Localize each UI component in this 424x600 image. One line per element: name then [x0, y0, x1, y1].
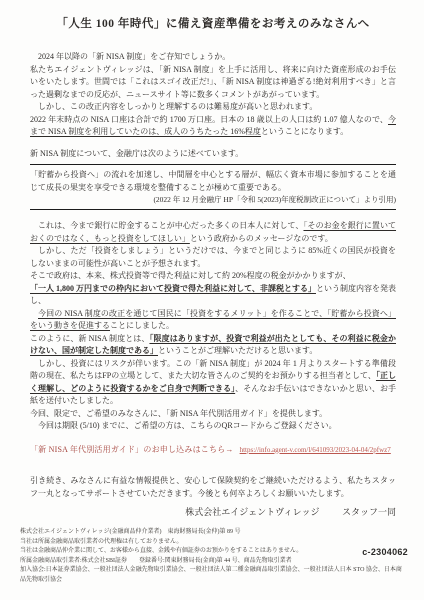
footer-line-broker: 所属金融商品取引業者:株式会社SBI証券 登録番号:関東財務局長(金商)第 44… — [20, 557, 406, 567]
text-segment: 2022 年末時点の NISA 口座は合計で約 1700 万口座。日本の 18 … — [30, 115, 388, 124]
cta-label: 「新 NISA 年代別活用ガイド」のお申し込みはこちら→ — [30, 445, 234, 454]
page-title: 「人生 100 年時代」に備え資産準備をお考えのみなさんへ — [30, 16, 396, 32]
text-segment: という政府からのメッセージなのです。 — [190, 234, 333, 243]
quote-body: 「貯蓄から投資へ」の流れを加速し、中間層を中心とする層が、幅広く資本市場に参加す… — [30, 169, 396, 194]
text-segment: これは、今まで銀行に貯金することが中心だった多くの日本人に対して、 — [38, 221, 303, 230]
paragraph-tax-intro: そこで政府は、本来、株式投資等で得た利益に対して約 20%程度の税金がかかります… — [30, 270, 396, 283]
paragraph-guide-offer: 今回、限定で、ご希望のみなさんに、「新 NISA 年代別活用ガイド」を提供します… — [30, 408, 396, 421]
footer-line-no-agency: 当社は所属金融商品取引業者の代理権は有しておりません。 — [20, 538, 406, 548]
footer-line-registration: 株式会社エイジェントヴィレッジ(金融商品仲介業者) 東海財務局長(金仲)第 89… — [20, 528, 406, 538]
signature-line: 株式会社エイジェントヴィレッジスタッフ一同 — [30, 506, 396, 519]
paragraph-nisa-stats: 2022 年末時点の NISA 口座は合計で約 1700 万口座。日本の 18 … — [30, 114, 396, 139]
paragraph-nisa-question: 2024 年以降の「新 NISA 制度」をご存知でしょうか。 — [30, 51, 396, 64]
text-segment: ということになります。 — [261, 127, 348, 136]
text-segment: ことにしました。 — [110, 321, 174, 330]
paragraph-deadline: 今回は期限 (5/10) までに、ご希望の方は、こちらのQRコードからご登録くだ… — [30, 420, 396, 433]
paragraph-risk: しかし、投資にはリスクが伴います。この「新 NISA 制度」が 2024 年 1… — [30, 358, 396, 408]
paragraph-gov-message: これは、今まで銀行に貯金することが中心だった多くの日本人に対して、「そのお金を銀… — [30, 220, 396, 245]
underlined-text: 今回の NISA 制度の改正を通じて国民に「投資をするメリット」を作ることで、「… — [30, 309, 396, 331]
quote-citation: (2022 年 12 月金融庁 HP「令和 5(2023)年度税制改正について」… — [30, 194, 396, 206]
paragraph-fsa-lead: 新 NISA 制度について、金融庁は次のように述べています。 — [30, 148, 396, 161]
cta-line: 「新 NISA 年代別活用ガイド」のお申し込みはこちら→https://info… — [30, 444, 396, 457]
footer-disclaimer: 株式会社エイジェントヴィレッジ(金融商品仲介業者) 東海財務局長(金仲)第 89… — [20, 528, 406, 585]
signature-staff: スタッフ一同 — [342, 507, 396, 517]
document-code: c-2304062 — [362, 546, 408, 559]
paragraph-summary: このように、新 NISA 制度とは、「限度はありますが、投資で利益が出たとしても… — [30, 333, 396, 358]
paragraph-closing: 引き続き、みなさんに有益な情報提供と、安心して保険契約をご継続いただけるよう、私… — [30, 475, 396, 500]
cta-link[interactable]: https://info.agent-v.com/l/641093/2023-0… — [240, 446, 391, 454]
paragraph-merit: 今回の NISA 制度の改正を通じて国民に「投資をするメリット」を作ることで、「… — [30, 308, 396, 333]
footer-line-associations: 加入協会:日本証券業協会、一般社団法人金融先物取引業協会、一般社団法人第二種金融… — [20, 566, 406, 585]
text-segment: このように、新 NISA 制度とは、 — [30, 334, 149, 343]
paragraph-tax-exempt: 「一人 1,800 万円までの枠内において投資で得た利益に対して、非課税とする」… — [30, 283, 396, 308]
underlined-text: 「一人 1,800 万円までの枠内において投資で得た利益に対して、非課税とする」 — [30, 284, 316, 293]
paragraph-company-intro: 私たちエイジェントヴィレッジは、「新 NISA 制度」を上手に活用し、将来に向け… — [30, 64, 396, 102]
text-segment: しかし、投資にはリスクが伴います。この「新 NISA 制度」が 2024 年 1… — [30, 359, 396, 381]
paragraph-85-percent: しかし、ただ「投資をしましょう」というだけでは、今までと同じように 85%近くの… — [30, 245, 396, 270]
footer-line-no-custody: 当社は金融商品仲介業に関して、お客様から直接、金銭や有価証券のお預かりをすること… — [20, 547, 406, 557]
signature-company: 株式会社エイジェントヴィレッジ — [185, 507, 319, 517]
document-page: 「人生 100 年時代」に備え資産準備をお考えのみなさんへ 2024 年以降の「… — [0, 0, 424, 600]
text-segment: ということがご理解いただけると思います。 — [158, 346, 317, 355]
quote-box: 「貯蓄から投資へ」の流れを加速し、中間層を中心とする層が、幅広く資本市場に参加す… — [30, 164, 396, 210]
paragraph-difficulty: しかし、この改正内容をしっかりと理解するのは難易度が高いと思われます。 — [30, 101, 396, 114]
